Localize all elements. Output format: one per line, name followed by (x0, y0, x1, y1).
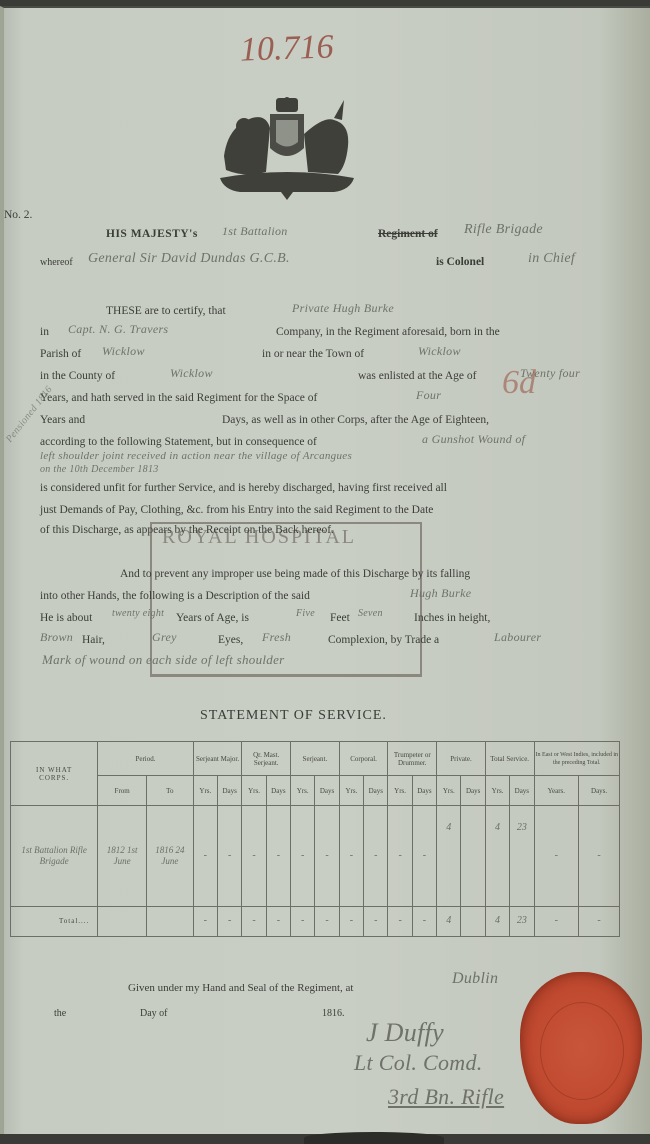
signature-rank: Lt Col. Comd. (354, 1050, 483, 1076)
total-cell: - (388, 906, 412, 936)
total-cell: - (315, 906, 339, 936)
feet-label: Feet (330, 612, 350, 624)
header-days: Days (315, 776, 339, 806)
header-yrs: Yrs. (291, 776, 315, 806)
served-text: Years, and hath served in the said Regim… (40, 392, 317, 404)
eyes-label: Eyes, (218, 634, 243, 646)
header-days: Days. (579, 776, 620, 806)
inches-label: Inches in height, (414, 612, 490, 624)
certify-text: THESE are to certify, that (106, 305, 226, 317)
regiment-label-struck: Regiment of (378, 228, 438, 240)
years-and-label: Years and (40, 414, 85, 426)
header-yrs: Yrs. (485, 776, 509, 806)
distinguishing-marks-field: Mark of wound on each side of left shoul… (42, 652, 285, 668)
seal-impression (540, 1002, 624, 1100)
total-years-cell: 4 (485, 806, 509, 907)
years-served-field: Four (416, 388, 441, 403)
description-name-field: Hugh Burke (410, 586, 471, 601)
service-cell: - (339, 806, 363, 907)
demands-text: just Demands of Pay, Clothing, &c. from … (40, 504, 433, 516)
private-days-cell (461, 806, 485, 907)
complexion-trade-label: Complexion, by Trade a (328, 634, 439, 646)
total-indies-days: - (579, 906, 620, 936)
discharge-date-field: on the 10th December 1813 (40, 464, 159, 475)
total-cell: - (266, 906, 290, 936)
total-cell: - (242, 906, 266, 936)
service-cell: - (364, 806, 388, 907)
header-corps: IN WHAT CORPS. (11, 742, 98, 806)
stamp-text: ROYAL HOSPITAL (162, 526, 356, 549)
service-cell: - (242, 806, 266, 907)
total-cell: - (412, 906, 436, 936)
total-label: Total.... (11, 906, 98, 936)
height-feet-field: Five (296, 608, 315, 619)
header-private: Private. (437, 742, 486, 776)
service-cell: - (388, 806, 412, 907)
his-majestys-label: HIS MAJESTY's (106, 228, 198, 240)
total-service-years: 4 (485, 906, 509, 936)
given-at-field: Dublin (452, 970, 498, 988)
to-cell: 1816 24 June (146, 806, 193, 907)
enlisted-age-label: was enlisted at the Age of (358, 370, 476, 382)
unfit-text: is considered unfit for further Service,… (40, 482, 447, 494)
statement-of-service-title: STATEMENT OF SERVICE. (200, 708, 387, 724)
whereof-label: whereof (40, 257, 73, 268)
day-of-label: Day of (140, 1008, 168, 1019)
indies-years-cell: - (534, 806, 579, 907)
service-cell: - (412, 806, 436, 907)
total-cell: - (364, 906, 388, 936)
header-days: Days (266, 776, 290, 806)
regiment-field: Rifle Brigade (464, 222, 543, 238)
the-label: the (54, 1008, 66, 1019)
header-serjeant: Serjeant. (291, 742, 340, 776)
reference-number: 10.716 (239, 28, 334, 69)
statement-text: according to the following Statement, bu… (40, 436, 317, 448)
town-label: in or near the Town of (262, 348, 364, 360)
height-inches-field: Seven (358, 608, 383, 619)
colonel-field: General Sir David Dundas G.C.B. (88, 251, 290, 267)
prevent-misuse-text: And to prevent any improper use being ma… (120, 568, 470, 580)
year-label: 1816. (322, 1008, 345, 1019)
total-cell: - (218, 906, 242, 936)
header-serjeant-major: Serjeant Major. (193, 742, 242, 776)
header-days: Days (412, 776, 436, 806)
town-field: Wicklow (418, 344, 461, 359)
total-to-cell (146, 906, 193, 936)
total-private-years: 4 (437, 906, 461, 936)
total-service-days: 23 (510, 906, 534, 936)
header-yrs: Yrs. (193, 776, 217, 806)
header-trumpeter-drummer: Trumpeter or Drummer. (388, 742, 437, 776)
header-days: Days (510, 776, 534, 806)
total-private-days (461, 906, 485, 936)
corps-cell: 1st Battalion Rifle Brigade (11, 806, 98, 907)
header-qr-mast-serjeant: Qr. Mast. Serjeant. (242, 742, 291, 776)
wax-seal (520, 972, 642, 1124)
discharge-cause-continued: left shoulder joint received in action n… (40, 450, 352, 462)
days-text: Days, as well as in other Corps, after t… (222, 414, 489, 426)
header-period: Period. (98, 742, 193, 776)
in-label: in (40, 326, 49, 338)
company-text: Company, in the Regiment aforesaid, born… (276, 326, 500, 338)
service-cell: - (315, 806, 339, 907)
in-chief-field: in Chief (528, 251, 575, 267)
county-field: Wicklow (170, 366, 213, 381)
header-yrs: Yrs. (437, 776, 461, 806)
service-cell: - (193, 806, 217, 907)
eye-color-field: Grey (152, 630, 177, 645)
header-yrs: Yrs. (339, 776, 363, 806)
form-number: No. 2. (4, 209, 32, 221)
header-from: From (98, 776, 147, 806)
total-cell: - (193, 906, 217, 936)
hair-color-field: Brown (40, 630, 73, 645)
discharge-cause-field: a Gunshot Wound of (422, 432, 525, 447)
trade-field: Labourer (494, 630, 541, 645)
parish-field: Wicklow (102, 344, 145, 359)
description-intro: into other Hands, the following is a Des… (40, 590, 310, 602)
total-cell: - (291, 906, 315, 936)
royal-coat-of-arms-icon (216, 96, 358, 202)
header-total-service: Total Service. (485, 742, 534, 776)
total-from-cell (98, 906, 147, 936)
complexion-field: Fresh (262, 630, 291, 645)
given-under-text: Given under my Hand and Seal of the Regi… (128, 982, 353, 994)
company-captain-field: Capt. N. G. Travers (68, 322, 168, 337)
header-east-west-indies: In East or West Indies, included in the … (534, 742, 619, 776)
statement-of-service-table: IN WHAT CORPS. Period. Serjeant Major. Q… (10, 741, 620, 937)
battalion-field: 1st Battalion (222, 224, 288, 239)
is-colonel-label: is Colonel (436, 256, 484, 268)
header-days: Days (218, 776, 242, 806)
table-row: 1st Battalion Rifle Brigade 1812 1st Jun… (11, 806, 620, 907)
service-cell: - (266, 806, 290, 907)
county-label: in the County of (40, 370, 115, 382)
header-yrs: Yrs. (242, 776, 266, 806)
hair-label: Hair, (82, 634, 105, 646)
signature-name: J Duffy (366, 1018, 444, 1048)
total-cell: - (339, 906, 363, 936)
torn-edge (304, 1132, 444, 1136)
from-cell: 1812 1st June (98, 806, 147, 907)
total-indies-years: - (534, 906, 579, 936)
total-row: Total.... - - - - - - - - - - 4 4 23 - - (11, 906, 620, 936)
discharge-document-page: 10.716 No. 2. HIS MAJESTY's 1st Battalio… (0, 6, 650, 1134)
header-days: Days (461, 776, 485, 806)
service-cell: - (218, 806, 242, 907)
soldier-name-field: Private Hugh Burke (292, 301, 394, 316)
age-field: twenty eight (112, 608, 164, 619)
parish-label: Parish of (40, 348, 81, 360)
red-annotation: 6d (502, 364, 536, 402)
indies-days-cell: - (579, 806, 620, 907)
total-days-cell: 23 (510, 806, 534, 907)
service-cell: - (291, 806, 315, 907)
signature-unit: 3rd Bn. Rifle (388, 1084, 504, 1110)
header-corporal: Corporal. (339, 742, 388, 776)
years-of-age-label: Years of Age, is (176, 612, 249, 624)
private-years-cell: 4 (437, 806, 461, 907)
header-days: Days (364, 776, 388, 806)
header-years: Years. (534, 776, 579, 806)
header-yrs: Yrs. (388, 776, 412, 806)
header-to: To (146, 776, 193, 806)
about-label: He is about (40, 612, 92, 624)
